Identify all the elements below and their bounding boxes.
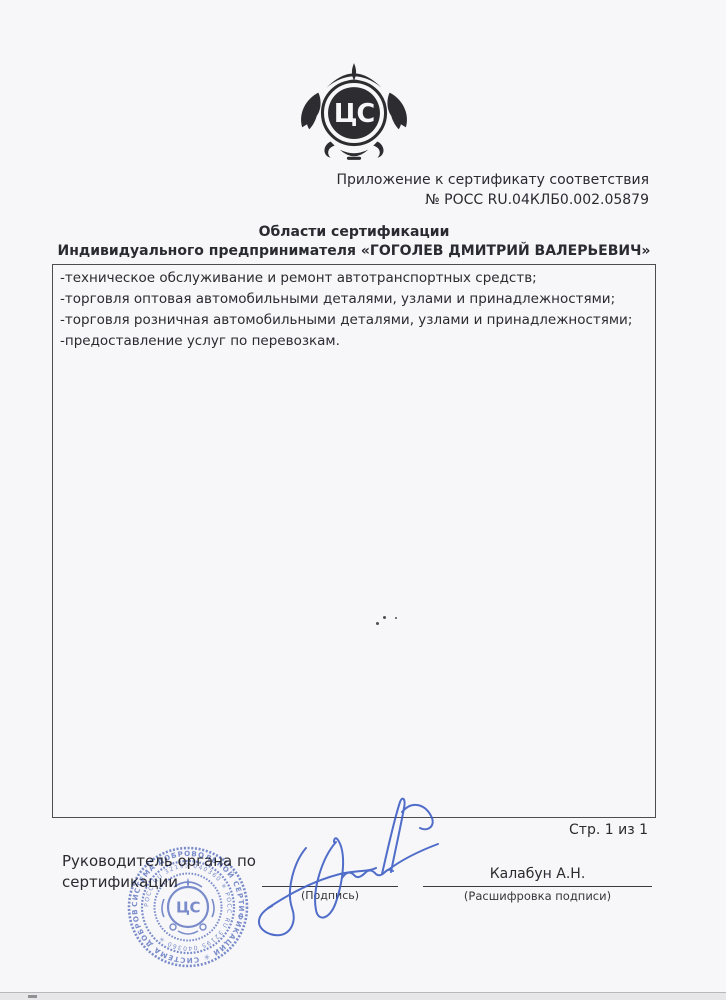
scope-item: -торговля оптовая автомобильными деталям… (60, 289, 648, 310)
certificate-number: № РОСС RU.04КЛБ0.002.05879 (229, 190, 649, 210)
certification-body-logo-icon: ЦС (296, 60, 412, 164)
scan-speck (383, 616, 386, 619)
certification-stamp: СИСТЕМА ДОБРОВОЛЬНОЙ СЕРТИФИКАЦИИ ✳ СИСТ… (124, 843, 252, 971)
signer-name: Калабун А.Н. (423, 866, 652, 882)
name-line (423, 886, 652, 887)
scope-item: -торговля розничная автомобильными детал… (60, 310, 648, 331)
logo-monogram: ЦС (334, 98, 375, 128)
scope-item: -предоставление услуг по перевозкам. (60, 331, 648, 352)
title-line2: Индивидуального предпринимателя «ГОГОЛЕВ… (52, 242, 656, 261)
name-caption: (Расшифровка подписи) (423, 889, 652, 903)
certification-scope-box: -техническое обслуживание и ремонт автот… (52, 264, 656, 818)
certificate-page: ЦС Приложение к сертификату соответствия… (0, 0, 726, 1000)
attachment-header: Приложение к сертификату соответствия № … (229, 170, 649, 210)
page-number: Стр. 1 из 1 (569, 822, 648, 838)
handwritten-signature (254, 790, 454, 942)
scan-speck (395, 617, 397, 619)
scope-item: -техническое обслуживание и ремонт автот… (60, 268, 648, 289)
title-line1: Области сертификации (52, 223, 656, 242)
scan-edge (0, 992, 726, 1000)
scan-speck (376, 622, 379, 625)
stamp-monogram: ЦС (176, 899, 200, 917)
attachment-header-line1: Приложение к сертификату соответствия (229, 170, 649, 190)
document-title: Области сертификации Индивидуального пре… (52, 223, 656, 261)
scan-edge-mark (28, 995, 37, 998)
